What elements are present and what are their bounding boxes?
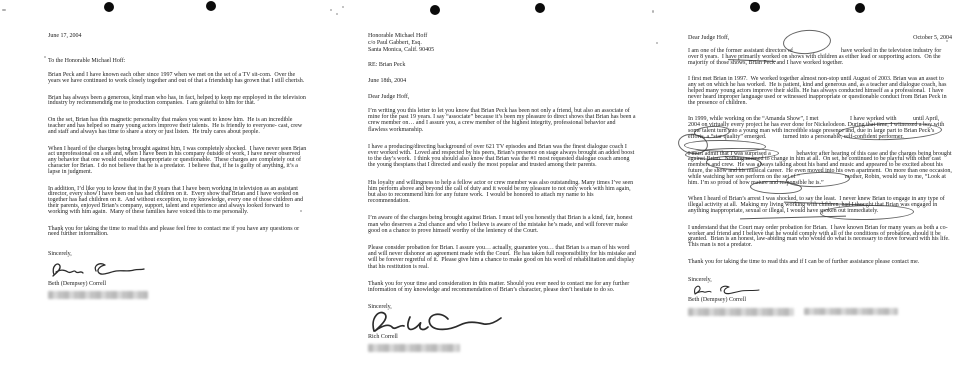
recipient-address: Honorable Michael Hoff c/o Paul Gabbert,… bbox=[368, 33, 636, 54]
pen-strike-annotation bbox=[740, 216, 846, 220]
typed-name: Beth (Dempsey) Correll bbox=[688, 297, 952, 304]
paragraph: I understand that the Court may order pr… bbox=[688, 226, 952, 249]
paragraph: Thank you for taking the time to read th… bbox=[48, 227, 308, 239]
paragraph: On the set, Brian has this magnetic pers… bbox=[48, 118, 308, 135]
scanned-letters-page: { "letters": [ { "date": "June 17, 2004"… bbox=[0, 0, 960, 384]
recipient-line: Santa Monica, Calif. 90405 bbox=[368, 47, 636, 54]
closing: Sincerely, bbox=[48, 251, 308, 258]
paragraph: His loyalty and willingness to help a fe… bbox=[368, 180, 636, 205]
paragraph: When I heard of the charges being brough… bbox=[48, 147, 308, 176]
salutation: To the Honorable Michael Hoff: bbox=[48, 58, 308, 65]
paragraph: I’m aware of the charges being brought a… bbox=[368, 215, 636, 234]
paragraph: I must admit that I was surprised a beha… bbox=[688, 152, 952, 187]
recipient-line: c/o Paul Gabbert, Esq. bbox=[368, 40, 636, 47]
letter-date: June 17, 2004 bbox=[48, 33, 308, 40]
redaction-blur bbox=[804, 308, 898, 315]
scan-speck bbox=[330, 9, 332, 11]
typed-name: Beth (Dempsey) Correll bbox=[48, 281, 308, 288]
paragraph: In 1999, while working on the “Amanda Sh… bbox=[688, 117, 952, 140]
scan-speck bbox=[342, 6, 344, 8]
redaction-blur bbox=[48, 291, 148, 299]
paragraph: When I heard of Brian’s arrest I was sho… bbox=[688, 197, 952, 214]
letter-page-2: Honorable Michael Hoff c/o Paul Gabbert,… bbox=[360, 0, 636, 384]
paragraph: Thank you for your time and consideratio… bbox=[368, 281, 636, 293]
scan-speck bbox=[652, 10, 654, 13]
letter-date: June 18th, 2004 bbox=[368, 78, 636, 85]
paragraph: In addition, I’d like you to know that i… bbox=[48, 187, 308, 216]
scan-speck bbox=[656, 42, 658, 44]
signature-beth-correll bbox=[48, 260, 308, 280]
scan-speck bbox=[336, 13, 338, 15]
recipient-line: Honorable Michael Hoff bbox=[368, 33, 636, 40]
paragraph: I am one of the former assistant directo… bbox=[688, 49, 952, 66]
paragraph: Brian has always been a generous, kind m… bbox=[48, 96, 308, 108]
paragraph: Thank you for taking the time to read th… bbox=[688, 260, 952, 266]
closing: Sincerely, bbox=[688, 277, 952, 284]
re-line: RE: Brian Peck bbox=[368, 62, 636, 69]
letter-page-3: Dear Judge Hoff, October 5, 2004 I am on… bbox=[680, 0, 952, 384]
paragraph: Brian Peck and I have known each other s… bbox=[48, 73, 308, 85]
paragraph: Please consider probation for Brian. I a… bbox=[368, 245, 636, 270]
salutation: Dear Judge Hoff, bbox=[688, 35, 729, 42]
salutation: Dear Judge Hoff, bbox=[368, 94, 636, 101]
scan-speck bbox=[2, 9, 6, 11]
redaction-blur bbox=[368, 344, 460, 352]
paragraph: I’m writing you this letter to let you k… bbox=[368, 108, 636, 133]
signature-rich-correll bbox=[364, 307, 636, 337]
typed-name: Rich Correll bbox=[368, 334, 636, 341]
redaction-blur bbox=[688, 308, 794, 316]
paragraph: I first met Brian in 1997. We worked tog… bbox=[688, 77, 952, 106]
letter-page-1: June 17, 2004 To the Honorable Michael H… bbox=[40, 0, 308, 384]
letter-date: October 5, 2004 bbox=[913, 35, 952, 42]
signature-beth-correll bbox=[691, 284, 952, 297]
paragraph: I have a producing/directing background … bbox=[368, 144, 636, 169]
